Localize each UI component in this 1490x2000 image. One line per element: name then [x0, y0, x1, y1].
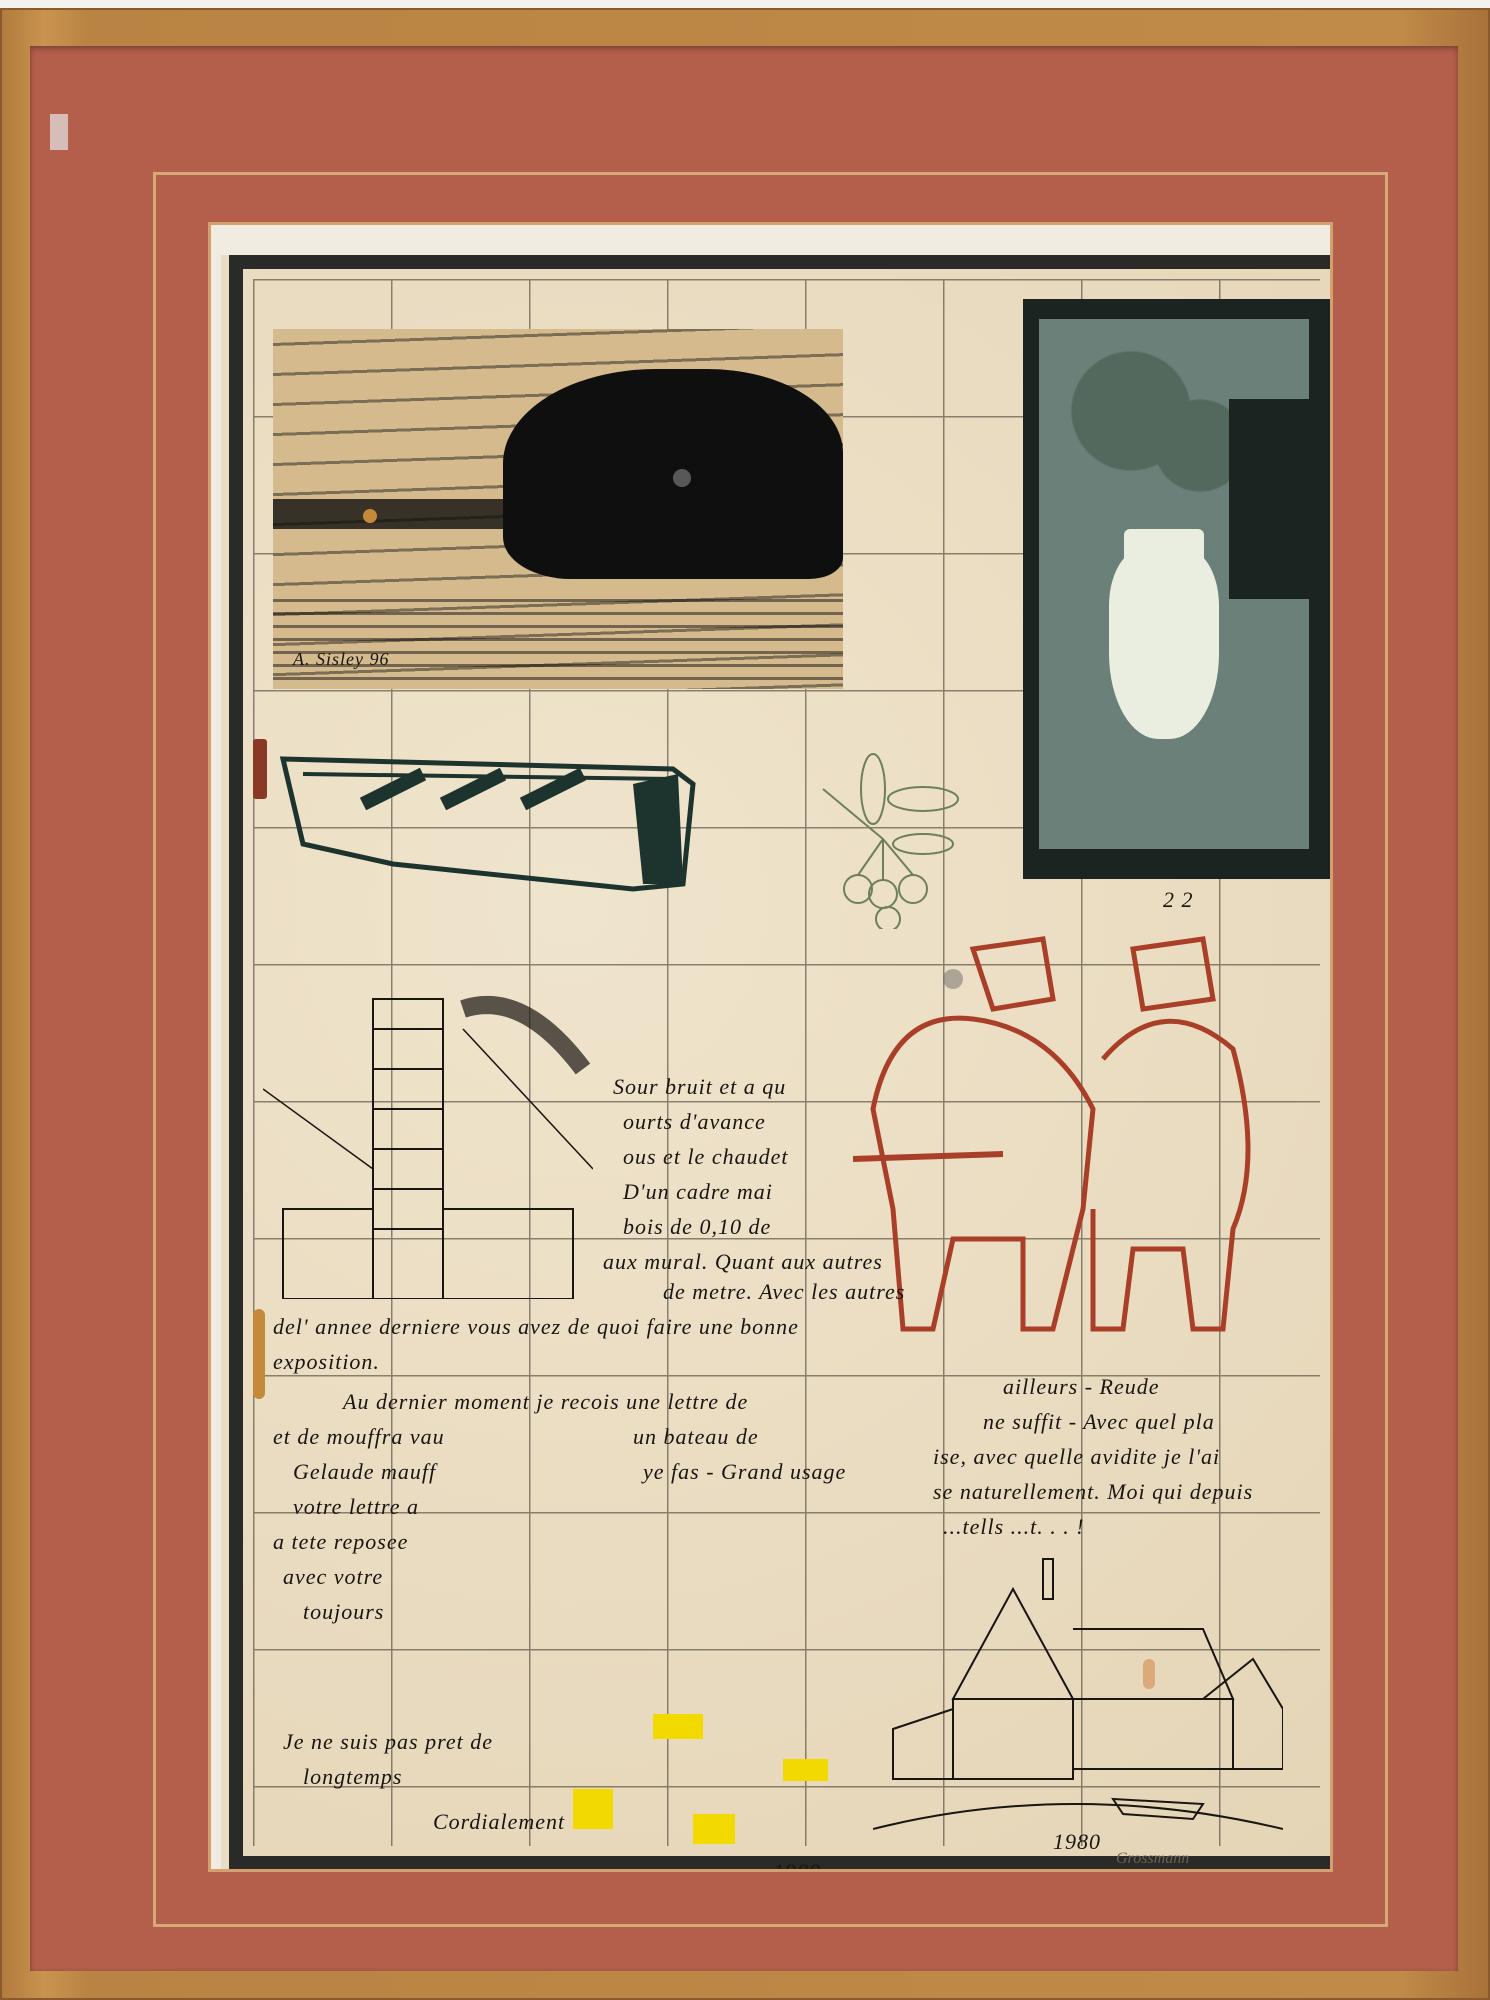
wooden-frame: A. Sisley 96 2 2 — [0, 8, 1490, 2000]
yellow-patch — [783, 1759, 828, 1781]
paint-spot — [1143, 1659, 1155, 1689]
plate-year: 1980 — [773, 1859, 821, 1872]
mat-board: A. Sisley 96 2 2 — [30, 46, 1458, 1971]
vase-of-flowers-linocut — [1023, 299, 1333, 879]
paint-drip — [253, 739, 267, 799]
yellow-patch — [693, 1814, 735, 1844]
yellow-patch — [653, 1714, 703, 1739]
paint-drip — [253, 1309, 265, 1399]
thatched-cottage-chimney — [263, 969, 593, 1299]
village-houses-etching: 1980 — [873, 1549, 1283, 1849]
tape-piece — [50, 114, 68, 150]
print-plate: A. Sisley 96 2 2 — [229, 255, 1333, 1870]
paint-spot — [363, 509, 377, 523]
house-year: 1980 — [1053, 1829, 1101, 1855]
landscape-etching: A. Sisley 96 — [273, 329, 843, 689]
yellow-patch — [573, 1789, 613, 1829]
cherries-sprig — [803, 749, 963, 929]
paint-spot — [673, 469, 691, 487]
paint-spot — [943, 969, 963, 989]
pencil-signature: Grossmann — [1116, 1850, 1189, 1868]
landscape-signature: A. Sisley 96 — [293, 649, 389, 670]
artwork-window: A. Sisley 96 2 2 — [208, 222, 1333, 1872]
draft-horses-red — [853, 909, 1283, 1349]
rowboat-sketch — [273, 744, 713, 894]
